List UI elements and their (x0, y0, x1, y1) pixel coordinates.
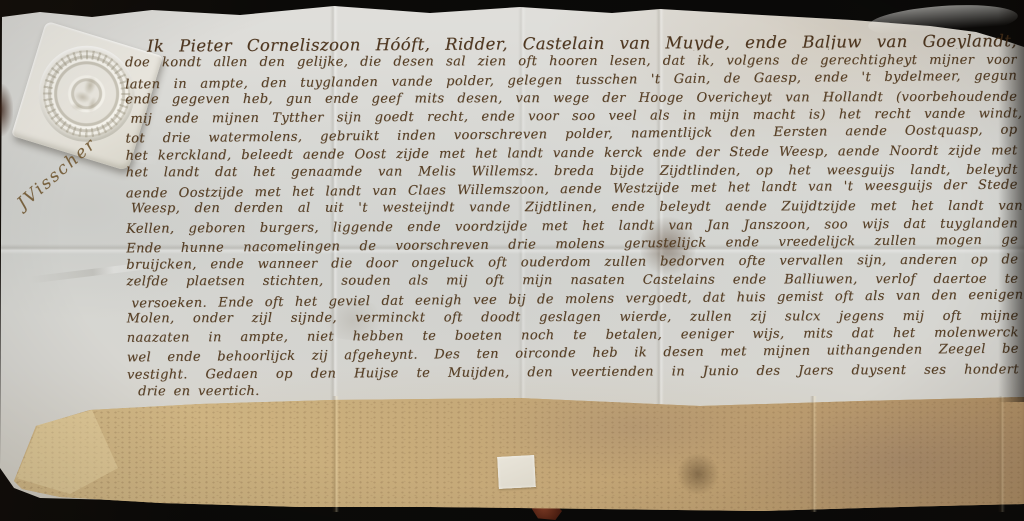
manuscript-line: aende Oostzijde met het landt van Claes … (126, 178, 1018, 202)
manuscript-line: het kerckland, beleedt aende Oost zijde … (126, 143, 1018, 163)
manuscript-line: bruijcken, ende wanneer die door ongeluc… (126, 252, 1018, 272)
manuscript-line: zelfde plaetsen stichten, souden als mij… (126, 272, 1018, 290)
manuscript-line: het landt dat het genaamde van Melis Wil… (126, 162, 1018, 180)
manuscript-line: drie en veertich. (132, 381, 1024, 399)
manuscript-line: ende gegeven heb, gun ende geef mits des… (125, 89, 1017, 107)
manuscript-line: versoeken. Ende oft het geviel dat eenig… (131, 287, 1023, 311)
photo-stage: JVisscher Ik Pieter Corneliszoon Hóóft, … (0, 0, 1024, 521)
manuscript-line: vestight. Gedaen op den Huijse te Muijde… (127, 362, 1019, 382)
manuscript-text-block: Ik Pieter Corneliszoon Hóóft, Ridder, Ca… (125, 33, 1019, 400)
archival-label (497, 455, 536, 489)
manuscript-line: doe kondt allen den gelijke, die desen s… (125, 53, 1017, 71)
manuscript-line: Weesp, den derden al uit 't westeijndt v… (131, 199, 1023, 217)
manuscript-line: laten in ampte, den tuyglanden vande pol… (125, 68, 1017, 92)
manuscript-line: Molen, onder zijl sijnde, verminckt oft … (127, 308, 1019, 326)
